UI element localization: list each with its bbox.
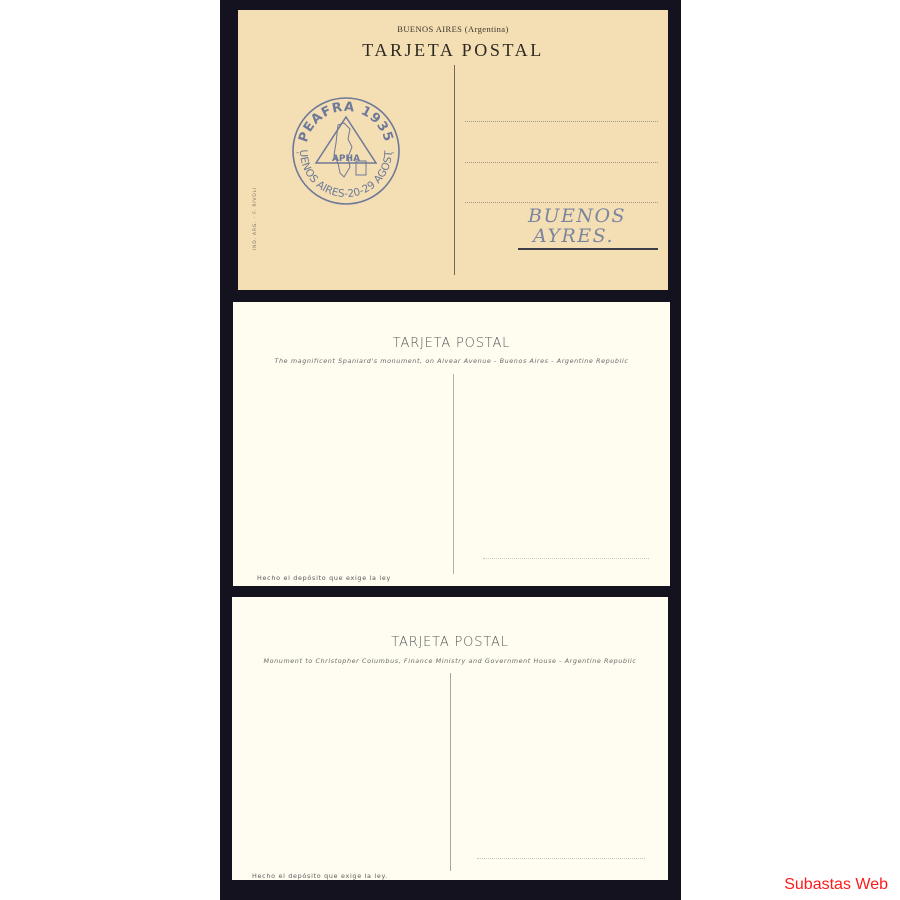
- address-line: [477, 858, 645, 859]
- divider-line: [453, 374, 454, 574]
- watermark-brand: Subastas Web: [784, 876, 888, 894]
- printer-credit: IND. ARG. - F. RIVOLI: [253, 187, 258, 250]
- postcard-3: TARJETA POSTAL Monument to Christopher C…: [232, 597, 668, 880]
- postmark-icon: PEAFRA 1935 BUENOS AIRES-20-29 AGOSTO - …: [290, 95, 402, 207]
- address-line: [465, 162, 658, 163]
- address-line: [483, 558, 649, 559]
- postcard-footer: Hecho el depósito que exige la ley.: [252, 872, 388, 880]
- svg-text:PEAFRA 1935: PEAFRA 1935: [296, 100, 396, 144]
- svg-text:-: -: [391, 148, 394, 158]
- divider-line: [454, 65, 455, 275]
- address-line: [465, 202, 658, 203]
- handstamp-line-2: AYRES.: [533, 226, 614, 247]
- postcard-caption: Monument to Christopher Columbus, Financ…: [232, 657, 668, 665]
- svg-text:-: -: [296, 148, 299, 158]
- postcard-title: TARJETA POSTAL: [238, 40, 668, 61]
- postcard-2: TARJETA POSTAL The magnificent Spaniard'…: [233, 302, 670, 586]
- address-line: [465, 121, 658, 122]
- handstamp-underline: [518, 248, 658, 250]
- postcard-1: BUENOS AIRES (Argentina) TARJETA POSTAL …: [238, 10, 668, 290]
- postcard-caption: The magnificent Spaniard's monument, on …: [233, 357, 670, 365]
- postcard-title: TARJETA POSTAL: [233, 336, 670, 351]
- postcard-header: BUENOS AIRES (Argentina): [238, 24, 668, 34]
- handstamp-line-1: BUENOS: [528, 206, 626, 227]
- postcard-footer: Hecho el depósito que exige la ley: [257, 574, 391, 582]
- postcard-title: TARJETA POSTAL: [232, 635, 668, 650]
- svg-text:APHA: APHA: [332, 154, 360, 164]
- divider-line: [450, 673, 451, 871]
